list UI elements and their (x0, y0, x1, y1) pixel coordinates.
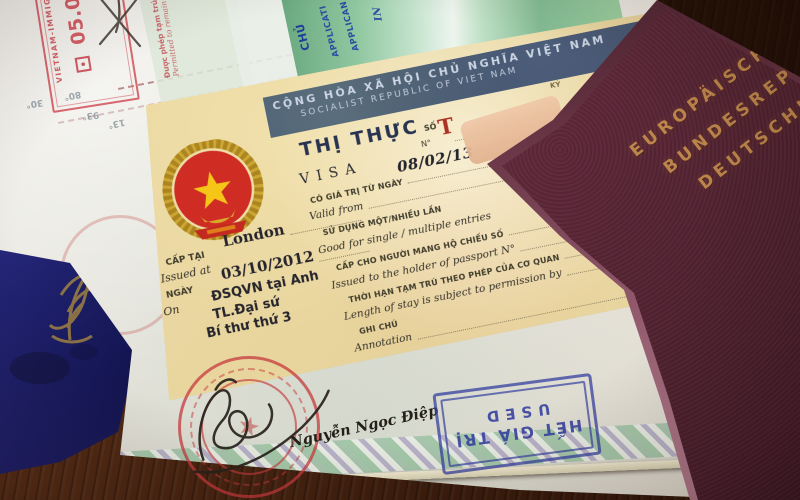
date-label-vn: NGÀY (165, 286, 194, 301)
visa-number-value: T (436, 113, 456, 141)
small-mark: KÝ (550, 80, 562, 89)
number-label-vn: SỐ (423, 122, 437, 133)
number-label-en: N° (420, 138, 432, 149)
photo-passports-and-visa: 30° 80° 93° 13° 50° 10° 41° 20° CHỦ APPL… (0, 0, 800, 500)
pen-scribble (88, 0, 158, 54)
date-label-en: On (162, 303, 180, 319)
application-card-text: IN (371, 5, 384, 22)
visa-title-en: VISA (298, 160, 363, 188)
degree-mark: 30° (25, 97, 43, 109)
degree-mark: 13° (107, 116, 126, 129)
